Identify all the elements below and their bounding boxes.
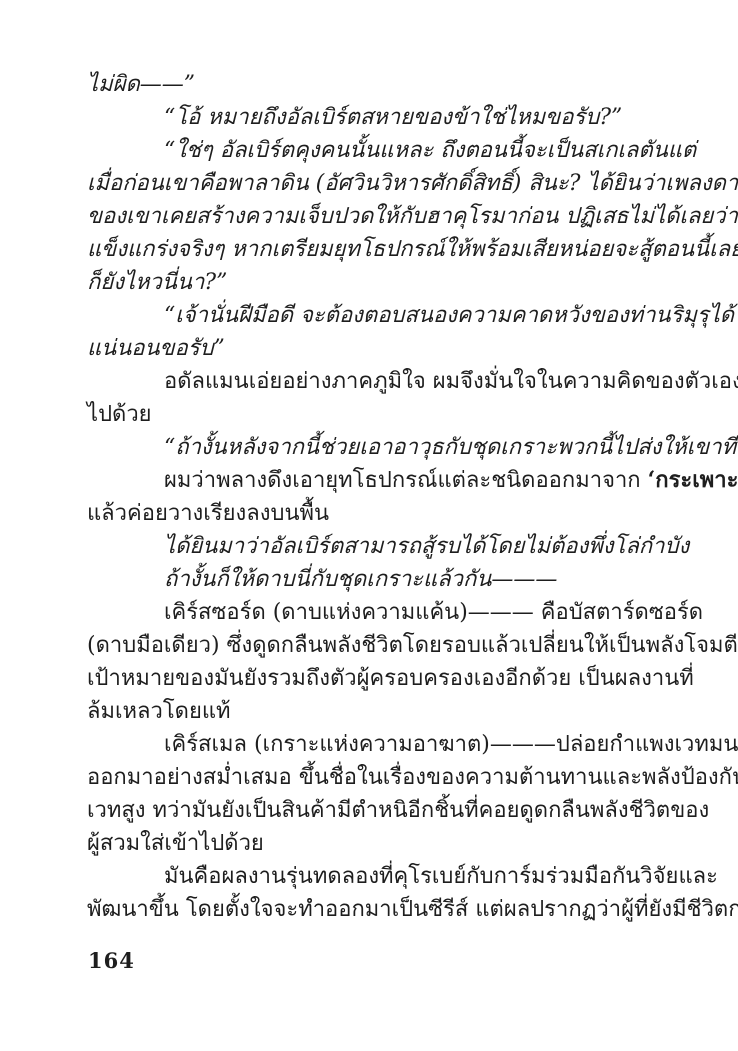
text-line: ล้มเหลวโดยแท้ [87,695,657,728]
text-segment: เคิร์สเมล (เกราะแห่งความอาฆาต)———ปล่อยกำ… [164,732,738,757]
text-line: (ดาบมือเดียว) ซึ่งดูดกลืนพลังชีวิตโดยรอบ… [87,629,657,662]
text-segment: “โอ้ หมายถึงอัลเบิร์ตสหายของข้าใช่ไหมขอร… [164,105,622,130]
text-segment: ไม่ผิด——” [87,72,195,97]
text-segment: ผมว่าพลางดึงเอายุทโธปกรณ์แต่ละชนิดออกมาจ… [164,468,648,493]
text-segment: ก็ยังไหวนี่นา?” [87,270,227,295]
text-segment: “ใช่ๆ อัลเบิร์ตคุงคนนั้นแหละ ถึงตอนนี้จะ… [164,138,696,163]
text-segment: ออกมาอย่างสม่ำเสมอ ขึ้นชื่อในเรื่องของคว… [87,765,738,790]
bold-term: ‘กระเพาะ’ [648,467,738,493]
text-segment: ไปด้วย [87,402,152,427]
text-line: ผมว่าพลางดึงเอายุทโธปกรณ์แต่ละชนิดออกมาจ… [87,464,657,497]
text-line: แล้วค่อยวางเรียงลงบนพื้น [87,497,657,530]
text-line: เคิร์สซอร์ด (ดาบแห่งความแค้น)——— คือบัสต… [87,596,657,629]
text-segment: แน่นอนขอรับ” [87,336,225,361]
text-segment: อดัลแมนเอ่ยอย่างภาคภูมิใจ ผมจึงมั่นใจในค… [164,369,738,394]
text-line: เมื่อก่อนเขาคือพาลาดิน (อัศวินวิหารศักดิ… [87,167,657,200]
text-line: ออกมาอย่างสม่ำเสมอ ขึ้นชื่อในเรื่องของคว… [87,761,657,794]
page-number: 164 [88,948,135,974]
text-line: พัฒนาขึ้น โดยตั้งใจจะทำออกมาเป็นซีรีส์ แ… [87,893,657,926]
text-line: ได้ยินมาว่าอัลเบิร์ตสามารถสู้รบได้โดยไม่… [87,530,657,563]
text-segment: เวทสูง ทว่ามันยังเป็นสินค้ามีตำหนิอีกชิ้… [87,798,709,823]
text-segment: ถ้างั้นก็ให้ดาบนี่กับชุดเกราะแล้วกัน——— [164,567,557,592]
text-segment: ผู้สวมใส่เข้าไปด้วย [87,831,264,856]
text-line: เคิร์สเมล (เกราะแห่งความอาฆาต)———ปล่อยกำ… [87,728,657,761]
text-line: ของเขาเคยสร้างความเจ็บปวดให้กับฮาคุโรมาก… [87,200,657,233]
text-line: “โอ้ หมายถึงอัลเบิร์ตสหายของข้าใช่ไหมขอร… [87,101,657,134]
text-line: ก็ยังไหวนี่นา?” [87,266,657,299]
body-text: ไม่ผิด——”“โอ้ หมายถึงอัลเบิร์ตสหายของข้า… [87,68,657,926]
text-segment: ของเขาเคยสร้างความเจ็บปวดให้กับฮาคุโรมาก… [87,204,738,229]
book-page: ไม่ผิด——”“โอ้ หมายถึงอัลเบิร์ตสหายของข้า… [0,0,738,1051]
text-line: ผู้สวมใส่เข้าไปด้วย [87,827,657,860]
text-line: ไม่ผิด——” [87,68,657,101]
text-segment: แล้วค่อยวางเรียงลงบนพื้น [87,501,329,526]
text-segment: ล้มเหลวโดยแท้ [87,699,231,724]
text-line: เป้าหมายของมันยังรวมถึงตัวผู้ครอบครองเอง… [87,662,657,695]
text-line: ถ้างั้นก็ให้ดาบนี่กับชุดเกราะแล้วกัน——— [87,563,657,596]
text-segment: พัฒนาขึ้น โดยตั้งใจจะทำออกมาเป็นซีรีส์ แ… [87,897,738,922]
text-segment: แข็งแกร่งจริงๆ หากเตรียมยุทโธปกรณ์ให้พร้… [87,237,738,262]
text-line: “ถ้างั้นหลังจากนี้ช่วยเอาอาวุธกับชุดเกรา… [87,431,657,464]
text-segment: เคิร์สซอร์ด (ดาบแห่งความแค้น)——— คือบัสต… [164,600,703,625]
text-segment: เมื่อก่อนเขาคือพาลาดิน (อัศวินวิหารศักดิ… [87,171,738,196]
text-line: ไปด้วย [87,398,657,431]
text-line: “เจ้านั่นฝีมือดี จะต้องตอบสนองความคาดหวั… [87,299,657,332]
text-segment: มันคือผลงานรุ่นทดลองที่คุโรเบย์กับการ์มร… [164,864,718,889]
text-segment: “เจ้านั่นฝีมือดี จะต้องตอบสนองความคาดหวั… [164,303,734,328]
text-line: “ใช่ๆ อัลเบิร์ตคุงคนนั้นแหละ ถึงตอนนี้จะ… [87,134,657,167]
text-line: อดัลแมนเอ่ยอย่างภาคภูมิใจ ผมจึงมั่นใจในค… [87,365,657,398]
text-line: เวทสูง ทว่ามันยังเป็นสินค้ามีตำหนิอีกชิ้… [87,794,657,827]
text-segment: “ถ้างั้นหลังจากนี้ช่วยเอาอาวุธกับชุดเกรา… [164,435,738,460]
text-line: มันคือผลงานรุ่นทดลองที่คุโรเบย์กับการ์มร… [87,860,657,893]
text-segment: (ดาบมือเดียว) ซึ่งดูดกลืนพลังชีวิตโดยรอบ… [87,633,738,658]
text-line: แข็งแกร่งจริงๆ หากเตรียมยุทโธปกรณ์ให้พร้… [87,233,657,266]
text-line: แน่นอนขอรับ” [87,332,657,365]
text-segment: เป้าหมายของมันยังรวมถึงตัวผู้ครอบครองเอง… [87,666,694,691]
text-segment: ได้ยินมาว่าอัลเบิร์ตสามารถสู้รบได้โดยไม่… [164,534,689,559]
